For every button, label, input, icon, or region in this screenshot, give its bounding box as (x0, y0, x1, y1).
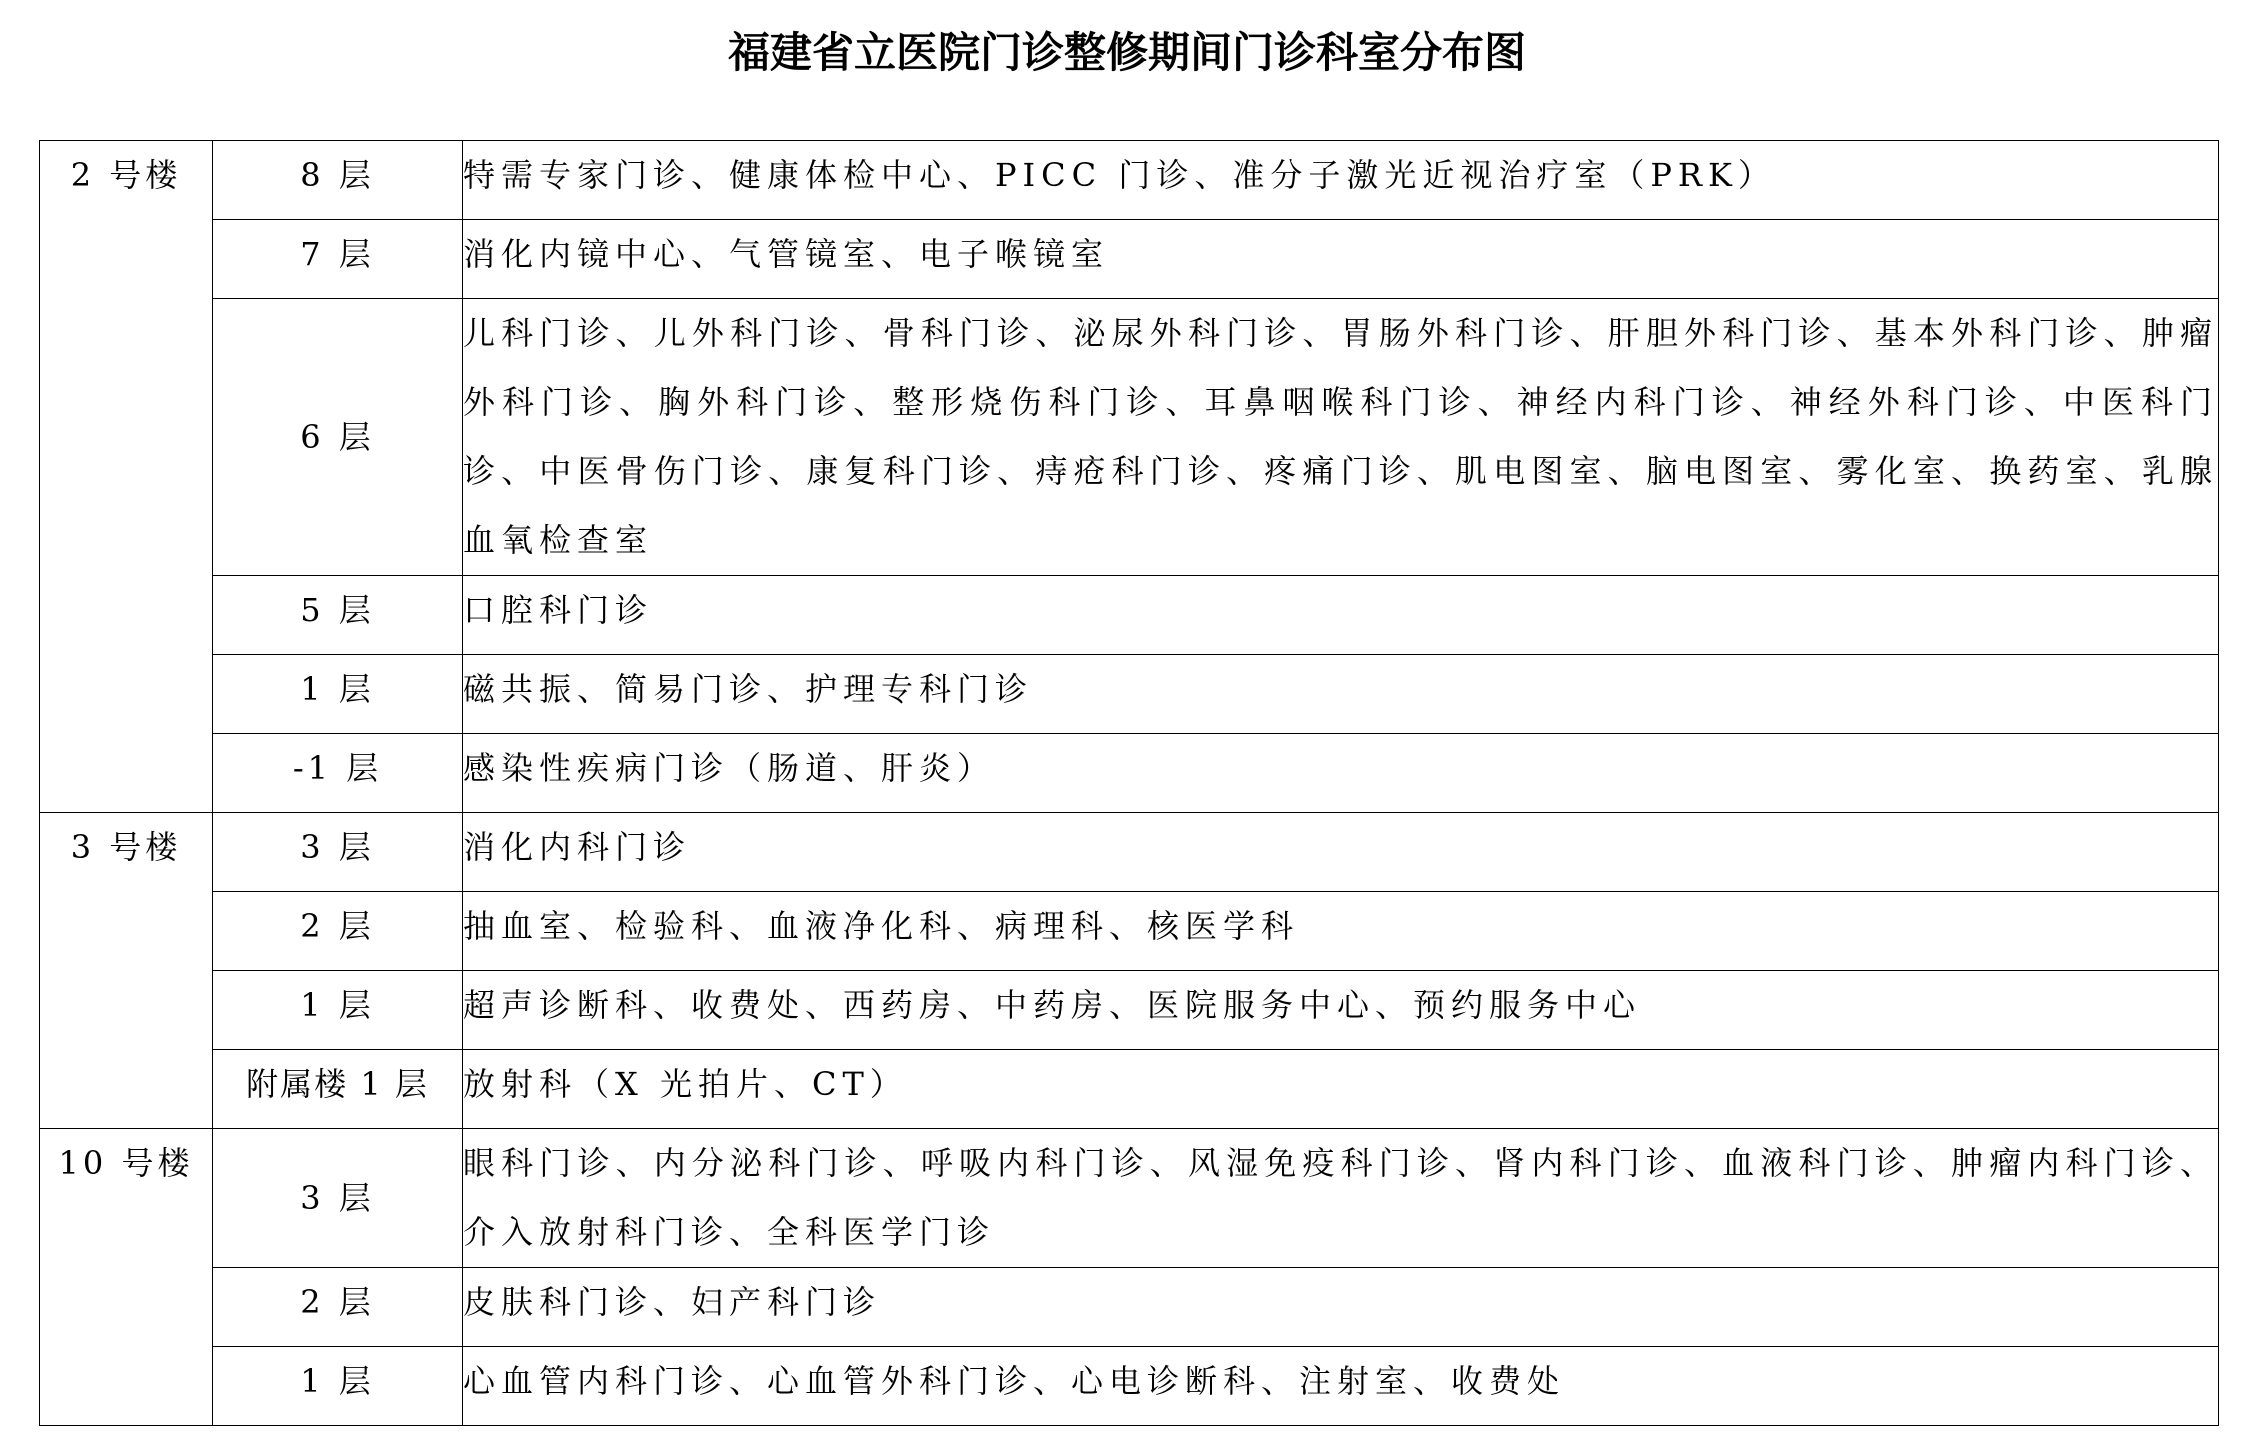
departments-cell: 超声诊断科、收费处、西药房、中药房、医院服务中心、预约服务中心 (463, 971, 2219, 1050)
table-row: 2 层 抽血室、检验科、血液净化科、病理科、核医学科 (40, 892, 2219, 971)
departments-cell: 儿科门诊、儿外科门诊、骨科门诊、泌尿外科门诊、胃肠外科门诊、肝胆外科门诊、基本外… (463, 299, 2219, 576)
floor-cell: 8 层 (213, 141, 463, 220)
table-row: 5 层 口腔科门诊 (40, 576, 2219, 655)
table-row: 7 层 消化内镜中心、气管镜室、电子喉镜室 (40, 220, 2219, 299)
building-cell: 2 号楼 (40, 141, 213, 813)
floor-cell: 2 层 (213, 892, 463, 971)
floor-cell: 1 层 (213, 655, 463, 734)
table-row: 10 号楼 3 层 眼科门诊、内分泌科门诊、呼吸内科门诊、风湿免疫科门诊、肾内科… (40, 1129, 2219, 1268)
table-row: -1 层 感染性疾病门诊（肠道、肝炎） (40, 734, 2219, 813)
departments-cell: 消化内镜中心、气管镜室、电子喉镜室 (463, 220, 2219, 299)
table-row: 2 层 皮肤科门诊、妇产科门诊 (40, 1268, 2219, 1347)
table-row: 6 层 儿科门诊、儿外科门诊、骨科门诊、泌尿外科门诊、胃肠外科门诊、肝胆外科门诊… (40, 299, 2219, 576)
departments-cell: 眼科门诊、内分泌科门诊、呼吸内科门诊、风湿免疫科门诊、肾内科门诊、血液科门诊、肿… (463, 1129, 2219, 1268)
floor-cell: -1 层 (213, 734, 463, 813)
floor-cell: 1 层 (213, 1347, 463, 1426)
building-cell: 3 号楼 (40, 813, 213, 1129)
departments-cell: 心血管内科门诊、心血管外科门诊、心电诊断科、注射室、收费处 (463, 1347, 2219, 1426)
departments-cell: 口腔科门诊 (463, 576, 2219, 655)
departments-cell: 抽血室、检验科、血液净化科、病理科、核医学科 (463, 892, 2219, 971)
floor-cell: 5 层 (213, 576, 463, 655)
floor-cell: 1 层 (213, 971, 463, 1050)
floor-cell: 3 层 (213, 1129, 463, 1268)
table-row: 1 层 心血管内科门诊、心血管外科门诊、心电诊断科、注射室、收费处 (40, 1347, 2219, 1426)
floor-cell: 7 层 (213, 220, 463, 299)
table-row: 附属楼 1 层 放射科（X 光拍片、CT） (40, 1050, 2219, 1129)
departments-cell: 消化内科门诊 (463, 813, 2219, 892)
floor-cell: 2 层 (213, 1268, 463, 1347)
department-distribution-table: 2 号楼 8 层 特需专家门诊、健康体检中心、PICC 门诊、准分子激光近视治疗… (39, 140, 2219, 1426)
floor-cell: 6 层 (213, 299, 463, 576)
departments-cell: 放射科（X 光拍片、CT） (463, 1050, 2219, 1129)
departments-cell: 皮肤科门诊、妇产科门诊 (463, 1268, 2219, 1347)
table-row: 1 层 超声诊断科、收费处、西药房、中药房、医院服务中心、预约服务中心 (40, 971, 2219, 1050)
departments-cell: 感染性疾病门诊（肠道、肝炎） (463, 734, 2219, 813)
departments-cell: 特需专家门诊、健康体检中心、PICC 门诊、准分子激光近视治疗室（PRK） (463, 141, 2219, 220)
floor-cell: 3 层 (213, 813, 463, 892)
building-cell: 10 号楼 (40, 1129, 213, 1426)
table-row: 1 层 磁共振、简易门诊、护理专科门诊 (40, 655, 2219, 734)
departments-cell: 磁共振、简易门诊、护理专科门诊 (463, 655, 2219, 734)
table-row: 3 号楼 3 层 消化内科门诊 (40, 813, 2219, 892)
table-row: 2 号楼 8 层 特需专家门诊、健康体检中心、PICC 门诊、准分子激光近视治疗… (40, 141, 2219, 220)
page-title: 福建省立医院门诊整修期间门诊科室分布图 (0, 20, 2245, 80)
floor-cell: 附属楼 1 层 (213, 1050, 463, 1129)
